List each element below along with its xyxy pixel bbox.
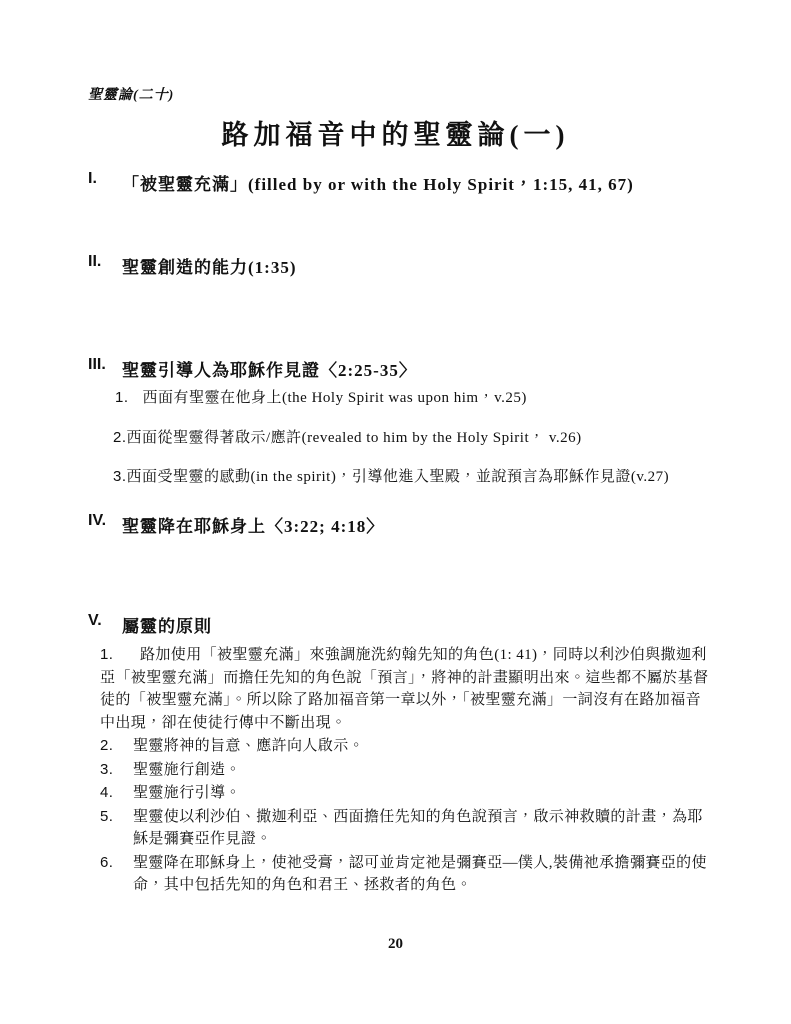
- section-5-item-1: 1.路加使用「被聖靈充滿」來強調施洗約翰先知的角色(1: 41)，同時以利沙伯與…: [100, 644, 712, 734]
- section-4-heading: 聖靈降在耶穌身上〈3:22; 4:18〉: [122, 512, 384, 537]
- item-number: 1.: [115, 389, 129, 406]
- section-3-item-3: 3.西面受聖靈的感動(in the spirit)，引導他進入聖殿，並說預言為耶…: [113, 465, 731, 486]
- item-text: 聖靈將神的旨意、應許向人啟示。: [133, 738, 364, 754]
- item-number: 6.: [100, 852, 133, 875]
- item-number: 3.: [100, 759, 133, 782]
- item-text: 聖靈使以利沙伯、撒迦利亞、西面擔任先知的角色說預言，啟示神救贖的計畫，為耶穌是彌…: [133, 809, 703, 848]
- page-title: 路加福音中的聖靈論(一): [0, 113, 791, 152]
- item-text: 西面有聖靈在他身上(the Holy Spirit was upon him，v…: [143, 390, 527, 406]
- section-3-item-2: 2.西面從聖靈得著啟示/應許(revealed to him by the Ho…: [113, 426, 731, 447]
- page-number: 20: [0, 936, 791, 953]
- item-number: 4.: [100, 782, 133, 805]
- item-number: 5.: [100, 806, 133, 829]
- section-5-item-6: 6.聖靈降在耶穌身上，使祂受膏，認可並肯定祂是彌賽亞—僕人,裝備祂承擔彌賽亞的使…: [100, 852, 712, 897]
- section-1-heading: 「被聖靈充滿」(filled by or with the Holy Spiri…: [122, 170, 634, 195]
- section-1: I. 「被聖靈充滿」(filled by or with the Holy Sp…: [88, 170, 731, 195]
- section-4-numeral: IV.: [88, 512, 122, 530]
- item-text: 聖靈降在耶穌身上，使祂受膏，認可並肯定祂是彌賽亞—僕人,裝備祂承擔彌賽亞的使命，…: [133, 855, 707, 894]
- item-text: 西面從聖靈得著啟示/應許(revealed to him by the Holy…: [127, 430, 582, 446]
- section-3-numeral: III.: [88, 356, 122, 374]
- section-4: IV. 聖靈降在耶穌身上〈3:22; 4:18〉: [88, 512, 731, 537]
- section-5-heading: 屬靈的原則: [122, 612, 212, 637]
- document-page: 聖靈論(二十) 路加福音中的聖靈論(一) I. 「被聖靈充滿」(filled b…: [0, 0, 791, 1024]
- running-header: 聖靈論(二十): [88, 84, 174, 104]
- item-number: 3.: [113, 468, 127, 485]
- section-3-item-1: 1.西面有聖靈在他身上(the Holy Spirit was upon him…: [115, 386, 731, 407]
- item-text: 路加使用「被聖靈充滿」來強調施洗約翰先知的角色(1: 41)，同時以利沙伯與撒迦…: [100, 647, 709, 731]
- section-2-numeral: II.: [88, 253, 122, 271]
- item-text: 西面受聖靈的感動(in the spirit)，引導他進入聖殿，並說預言為耶穌作…: [127, 469, 670, 485]
- section-5-item-5: 5.聖靈使以利沙伯、撒迦利亞、西面擔任先知的角色說預言，啟示神救贖的計畫，為耶穌…: [100, 806, 712, 851]
- section-3: III. 聖靈引導人為耶穌作見證〈2:25-35〉: [88, 356, 731, 381]
- section-5-numeral: V.: [88, 612, 122, 630]
- item-number: 2.: [113, 429, 127, 446]
- section-2-heading: 聖靈創造的能力(1:35): [122, 253, 296, 278]
- item-text: 聖靈施行引導。: [133, 785, 241, 801]
- section-3-heading: 聖靈引導人為耶穌作見證〈2:25-35〉: [122, 356, 417, 381]
- section-5-list: 1.路加使用「被聖靈充滿」來強調施洗約翰先知的角色(1: 41)，同時以利沙伯與…: [100, 644, 712, 898]
- section-5-item-4: 4.聖靈施行引導。: [100, 782, 712, 805]
- item-text: 聖靈施行創造。: [133, 762, 241, 778]
- item-number: 2.: [100, 735, 133, 758]
- section-2: II. 聖靈創造的能力(1:35): [88, 253, 731, 278]
- section-5-item-2: 2.聖靈將神的旨意、應許向人啟示。: [100, 735, 712, 758]
- section-1-numeral: I.: [88, 170, 122, 188]
- section-5: V. 屬靈的原則: [88, 612, 731, 637]
- section-5-item-3: 3.聖靈施行創造。: [100, 759, 712, 782]
- item-number: 1.: [100, 644, 140, 667]
